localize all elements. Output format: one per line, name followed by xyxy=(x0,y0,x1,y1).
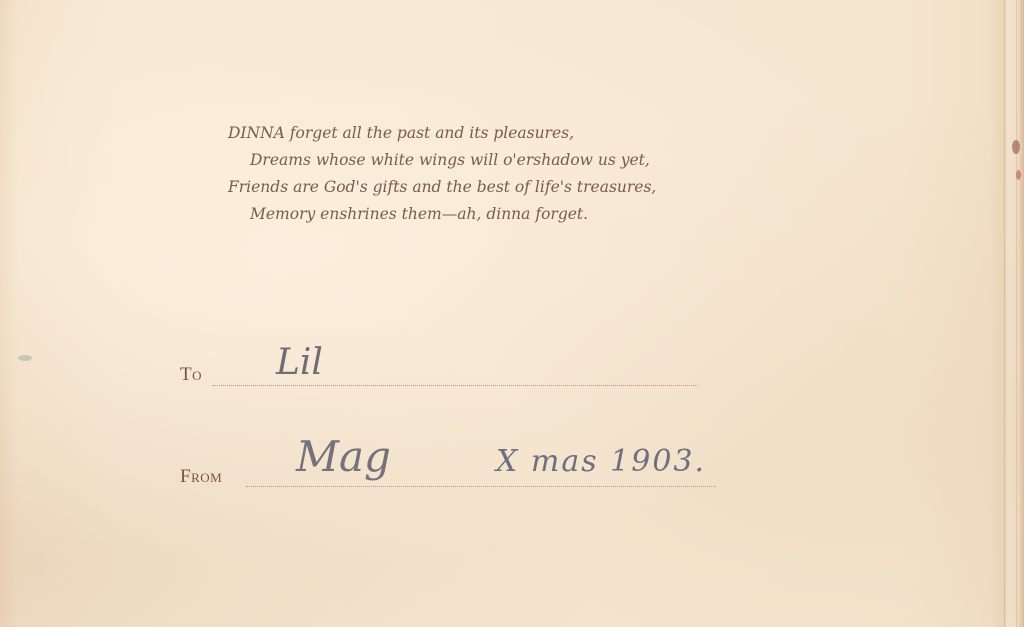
poem-line-2: Dreams whose white wings will o'ershadow… xyxy=(228,147,656,174)
card-page: DINNA forget all the past and its pleasu… xyxy=(0,0,1024,627)
from-label: From xyxy=(180,466,222,488)
to-handwritten-name: Lil xyxy=(276,342,323,383)
page-edge xyxy=(1004,0,1005,627)
handwritten-date: X mas 1903. xyxy=(496,444,706,479)
stain xyxy=(1016,170,1021,180)
page-edge xyxy=(1016,0,1017,627)
from-handwritten-name: Mag xyxy=(296,432,391,481)
from-dotted-line xyxy=(246,486,716,487)
poem: DINNA forget all the past and its pleasu… xyxy=(228,120,656,228)
stain xyxy=(1012,140,1020,154)
poem-line-3: Friends are God's gifts and the best of … xyxy=(228,174,656,201)
poem-line-1: DINNA forget all the past and its pleasu… xyxy=(228,120,656,147)
to-dotted-line xyxy=(212,385,698,386)
to-label: To xyxy=(180,364,202,386)
poem-line-4: Memory enshrines them—ah, dinna forget. xyxy=(228,201,656,228)
ink-spot xyxy=(18,355,32,361)
